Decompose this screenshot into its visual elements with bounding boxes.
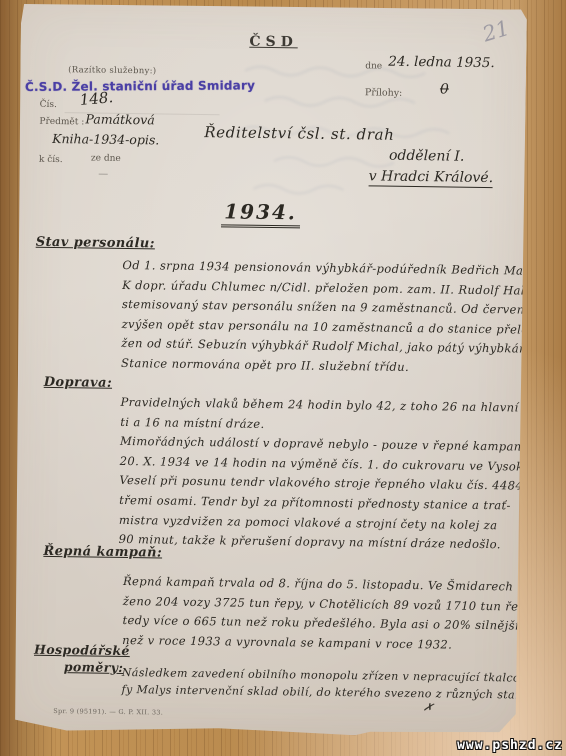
- section-heading-repna-kampan: Řepná kampaň:: [43, 544, 162, 561]
- org-abbr: ČSD: [249, 34, 298, 51]
- date-value: 24. ledna 1935.: [388, 54, 495, 71]
- recipient-line1: Ředitelství čsl. st. drah: [204, 123, 394, 144]
- section-heading-hospodarske: Hospodářské: [34, 642, 130, 658]
- enclosures-value: 0: [440, 81, 449, 97]
- section-body-stav-personalu: Od 1. srpna 1934 pensionován výhybkář-po…: [121, 256, 566, 380]
- section-heading-doprava: Doprava:: [44, 375, 112, 391]
- subject-label: Předmět :: [39, 117, 84, 128]
- page-mark: ✗: [422, 699, 435, 715]
- stamp-caption: (Razítko služebny:): [68, 65, 156, 76]
- section-body-doprava: Pravidelných vlaků během 24 hodin bylo 4…: [118, 393, 553, 556]
- enclosures-label: Přílohy:: [365, 87, 403, 99]
- section-heading-pomery: poměry:: [64, 659, 124, 675]
- subject-line2: Kniha-1934-opis.: [52, 131, 159, 147]
- number-value: 148.: [79, 88, 114, 109]
- form-dash: [99, 174, 108, 175]
- from-date-label: ze dne: [91, 153, 121, 163]
- document-title: 1934.: [221, 199, 300, 228]
- form-imprint: Spr. 9 (95191). — G. P. XII. 33.: [53, 707, 163, 717]
- date-label: dne: [365, 61, 382, 71]
- section-body-repna-kampan: Řepná kampaň trvala od 8. října do 5. li…: [122, 572, 548, 656]
- document-page: ČSD 21 dne 24. ledna 1935. Přílohy: 0 (R…: [11, 3, 527, 738]
- section-heading-stav-personalu: Stav personálu:: [36, 235, 155, 252]
- org-header: ČSD: [20, 28, 526, 54]
- photo-background: ČSD 21 dne 24. ledna 1935. Přílohy: 0 (R…: [0, 0, 566, 756]
- number-label: Čís.: [40, 100, 57, 110]
- section-body-hospodarske-pomery: Následkem zavedení obilního monopolu zří…: [121, 664, 541, 704]
- to-number-label: k čís.: [39, 155, 63, 165]
- recipient-line3: v Hradci Králové.: [369, 168, 494, 188]
- service-stamp: Č.S.D. Žel. staniční úřad Smidary: [25, 78, 255, 94]
- recipient-line2: oddělení I.: [389, 148, 465, 165]
- watermark: www.pshzd.cz: [457, 738, 563, 753]
- subject-line1: Památková: [85, 111, 154, 127]
